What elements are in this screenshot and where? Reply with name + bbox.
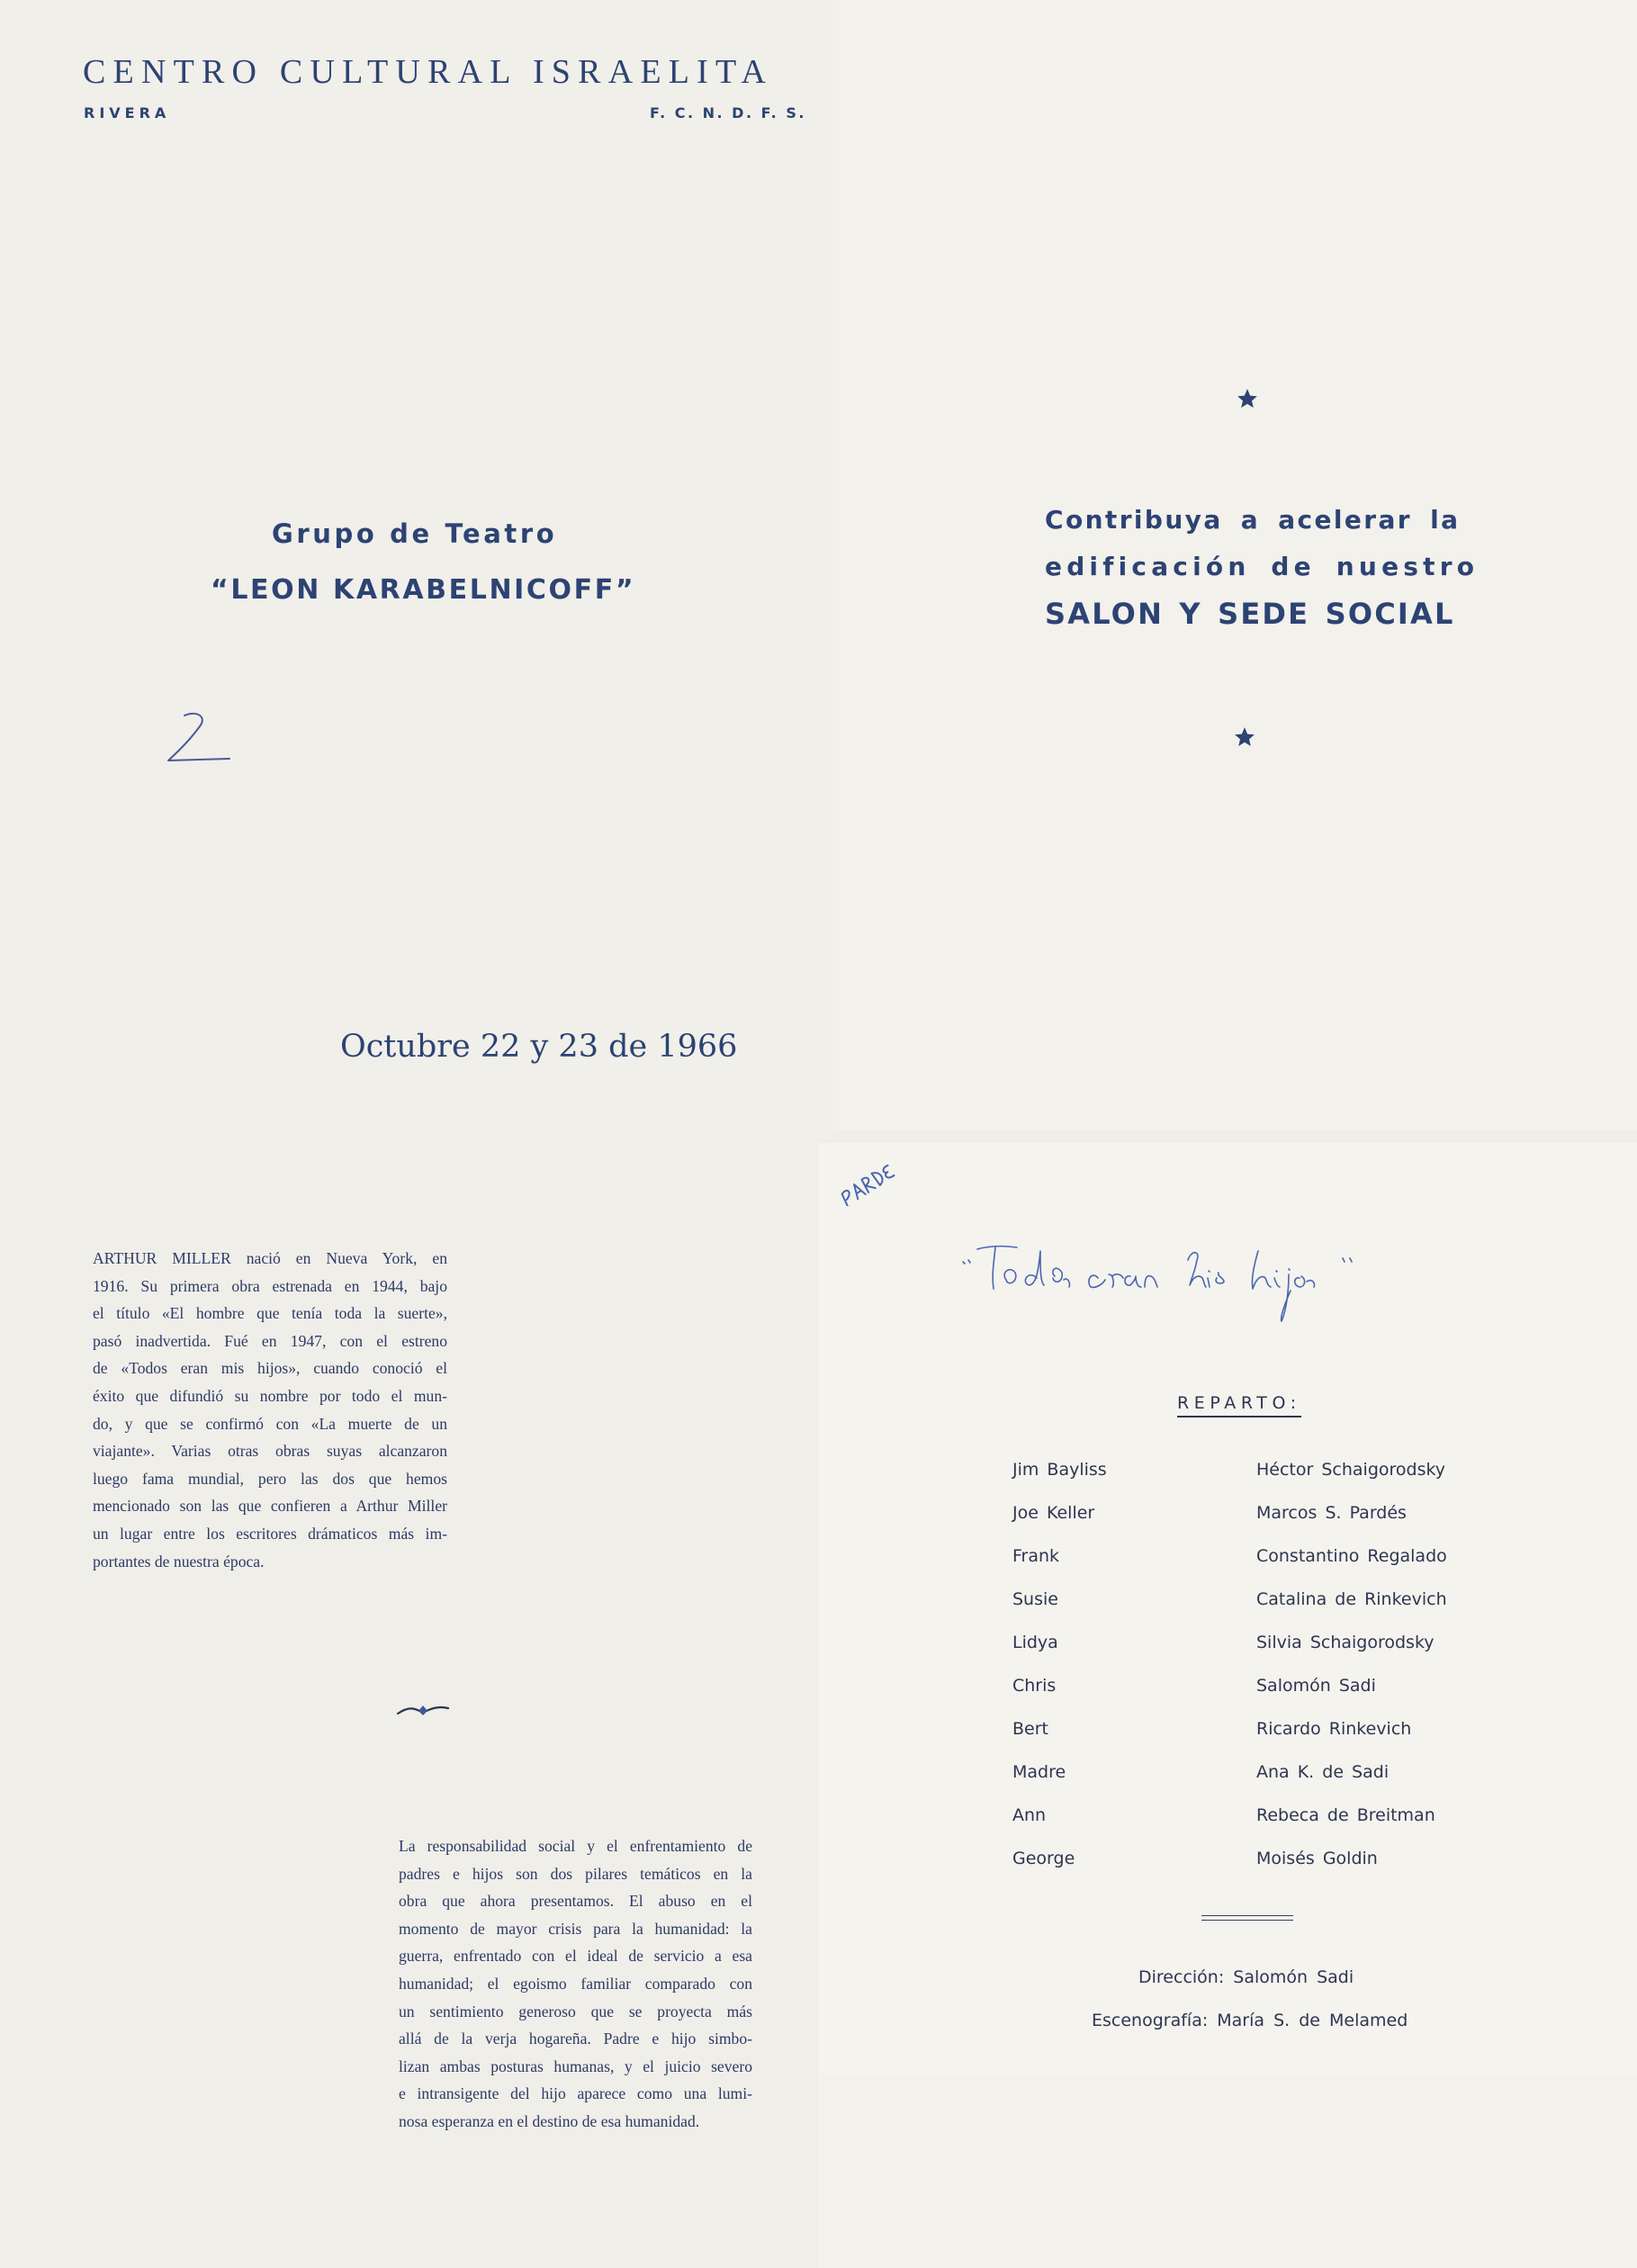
- fundraising-appeal: Contribuya a acelerar la edificación de …: [1045, 497, 1459, 637]
- cast-role: Susie: [1012, 1589, 1058, 1609]
- cast-list: Jim BaylissHéctor SchaigorodskyJoe Kelle…: [1012, 1460, 1498, 1892]
- cast-row: LidyaSilvia Schaigorodsky: [1012, 1633, 1498, 1676]
- cast-actor: Constantino Regalado: [1256, 1546, 1447, 1566]
- cast-row: GeorgeMoisés Goldin: [1012, 1849, 1498, 1892]
- cast-row: SusieCatalina de Rinkevich: [1012, 1589, 1498, 1633]
- cast-actor: Rebeca de Breitman: [1256, 1805, 1435, 1825]
- city-label: RIVERA: [84, 104, 170, 121]
- appeal-line: edificación de nuestro: [1045, 544, 1459, 590]
- theme-line: e intransigente del hijo aparece como un…: [399, 2080, 752, 2108]
- bio-line: un lugar entre los escritores drámaticos…: [93, 1520, 447, 1548]
- theme-line: obra que ahora presentamos. El abuso en …: [399, 1887, 752, 1915]
- bio-line: pasó inadvertida. Fué en 1947, con el es…: [93, 1327, 447, 1355]
- program-page-lower-sheet: [819, 2074, 1637, 2268]
- cast-role: Ann: [1012, 1805, 1046, 1825]
- bio-line: portantes de nuestra época.: [93, 1548, 447, 1576]
- star-icon: [1233, 725, 1256, 749]
- cast-role: Frank: [1012, 1546, 1059, 1566]
- bio-line: 1916. Su primera obra estrenada en 1944,…: [93, 1273, 447, 1300]
- cast-role: Jim Bayliss: [1012, 1460, 1107, 1480]
- divider: [1201, 1915, 1293, 1921]
- bio-line: éxito que difundió su nombre por todo el…: [93, 1382, 447, 1410]
- theme-line: momento de mayor crisis para la humanida…: [399, 1915, 752, 1943]
- cast-row: MadreAna K. de Sadi: [1012, 1762, 1498, 1805]
- cast-actor: Ricardo Rinkevich: [1256, 1719, 1411, 1739]
- theme-line: allá de la verja hogareña. Padre e hijo …: [399, 2025, 752, 2053]
- theme-line: nosa esperanza en el destino de esa huma…: [399, 2108, 752, 2136]
- bio-line: el título «El hombre que tenía toda la s…: [93, 1300, 447, 1327]
- cover-page: [0, 0, 832, 1138]
- cast-actor: Ana K. de Sadi: [1256, 1762, 1389, 1782]
- bio-line: luego fama mundial, pero las dos que hem…: [93, 1465, 447, 1493]
- cast-row: ChrisSalomón Sadi: [1012, 1676, 1498, 1719]
- railway-code: F. C. N. D. F. S.: [650, 104, 806, 121]
- cast-row: Joe KellerMarcos S. Pardés: [1012, 1503, 1498, 1546]
- theme-line: guerra, enfrentado con el ideal de servi…: [399, 1942, 752, 1970]
- cast-row: Jim BaylissHéctor Schaigorodsky: [1012, 1460, 1498, 1503]
- bio-line: ARTHUR MILLER nació en Nueva York, en: [93, 1245, 447, 1273]
- cast-actor: Catalina de Rinkevich: [1256, 1589, 1447, 1609]
- theme-line: padres e hijos son dos pilares temáticos…: [399, 1860, 752, 1888]
- appeal-line: SALON Y SEDE SOCIAL: [1045, 590, 1459, 637]
- theme-line: La responsabilidad social y el enfrentam…: [399, 1832, 752, 1860]
- cast-actor: Silvia Schaigorodsky: [1256, 1633, 1435, 1652]
- theatre-group-name: “LEON KARABELNICOFF”: [211, 574, 635, 606]
- cast-row: FrankConstantino Regalado: [1012, 1546, 1498, 1589]
- cast-heading: REPARTO:: [1177, 1393, 1301, 1417]
- cast-actor: Héctor Schaigorodsky: [1256, 1460, 1445, 1480]
- cast-row: BertRicardo Rinkevich: [1012, 1719, 1498, 1762]
- bio-line: viajante». Varias otras obras suyas alca…: [93, 1437, 447, 1465]
- director-credit: Dirección: Salomón Sadi: [1138, 1967, 1354, 1987]
- theme-line: humanidad; el egoismo familiar comparado…: [399, 1970, 752, 1998]
- bio-line: mencionado son las que confieren a Arthu…: [93, 1492, 447, 1520]
- cast-role: Chris: [1012, 1676, 1056, 1696]
- performance-date: Octubre 22 y 23 de 1966: [340, 1029, 737, 1065]
- organization-title: CENTRO CULTURAL ISRAELITA: [83, 52, 767, 92]
- appeal-line: Contribuya a acelerar la: [1045, 497, 1459, 544]
- cast-role: Bert: [1012, 1719, 1048, 1739]
- theatre-group-label: Grupo de Teatro: [272, 518, 557, 549]
- author-biography: ARTHUR MILLER nació en Nueva York, en 19…: [93, 1245, 447, 1575]
- cast-actor: Marcos S. Pardés: [1256, 1503, 1407, 1523]
- cast-role: George: [1012, 1849, 1075, 1868]
- cast-actor: Moisés Goldin: [1256, 1849, 1378, 1868]
- cast-role: Madre: [1012, 1762, 1066, 1782]
- play-themes-paragraph: La responsabilidad social y el enfrentam…: [399, 1832, 752, 2136]
- bio-line: de «Todos eran mis hijos», cuando conoci…: [93, 1354, 447, 1382]
- theme-line: un sentimiento generoso que se proyecta …: [399, 1998, 752, 2026]
- handwritten-number-2: [144, 706, 234, 769]
- cast-role: Lidya: [1012, 1633, 1058, 1652]
- ornament-icon: [396, 1699, 450, 1721]
- scenography-credit: Escenografía: María S. de Melamed: [1092, 2011, 1408, 2030]
- cast-actor: Salomón Sadi: [1256, 1676, 1376, 1696]
- cast-role: Joe Keller: [1012, 1503, 1094, 1523]
- handwritten-play-title: [954, 1224, 1440, 1332]
- theme-line: lizan ambas posturas humanas, y el juici…: [399, 2053, 752, 2081]
- cast-row: AnnRebeca de Breitman: [1012, 1805, 1498, 1849]
- handwritten-note-parde: [828, 1143, 918, 1206]
- bio-line: do, y que se confirmó con «La muerte de …: [93, 1410, 447, 1438]
- star-icon: [1236, 387, 1259, 410]
